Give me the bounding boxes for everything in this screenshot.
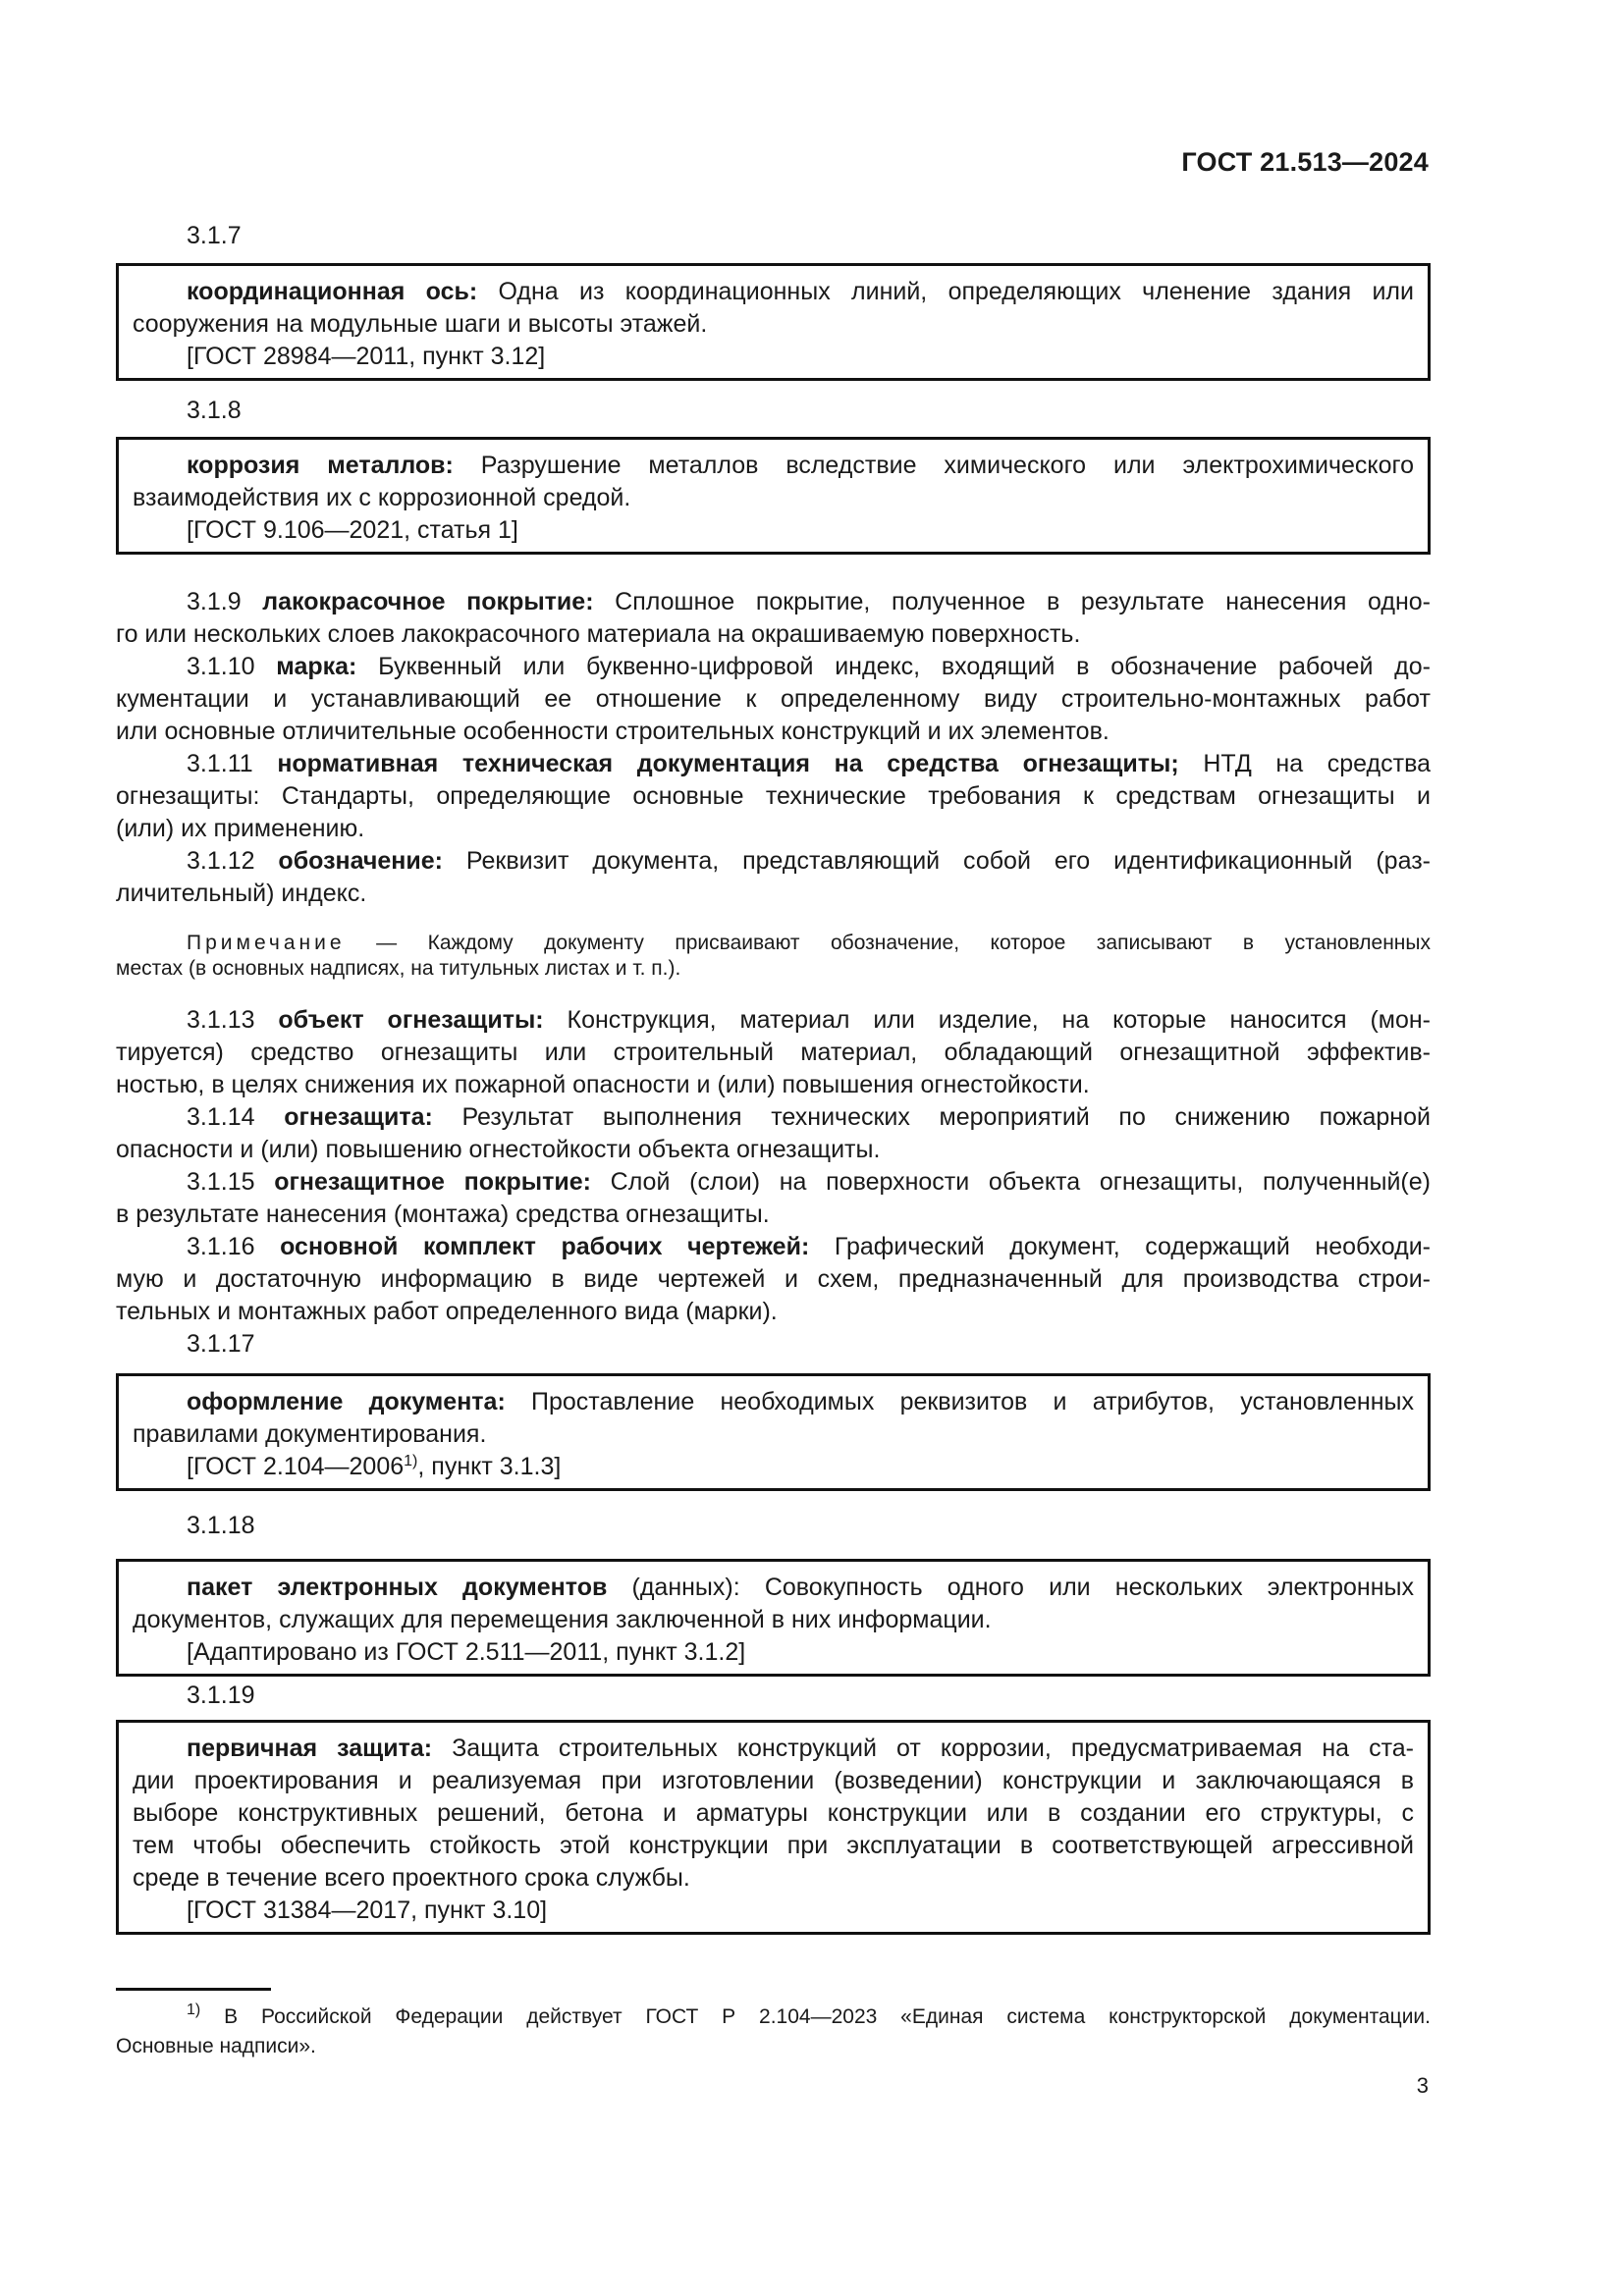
- term-box-3-1-8: коррозия металлов: Разрушение металлов в…: [116, 437, 1431, 555]
- term-3-1-7: 3.1.7: [116, 220, 1431, 252]
- term-number: 3.1.10: [187, 653, 255, 680]
- term-text: Проставление необходимых реквизитов и ат…: [506, 1388, 1414, 1415]
- footnote-ref[interactable]: 1): [404, 1453, 417, 1469]
- term-title: основной комплект рабочих чертежей:: [280, 1233, 809, 1260]
- term-source: [ГОСТ 2.104—20061), пункт 3.1.3]: [133, 1451, 1414, 1483]
- term-3-1-8: 3.1.8: [116, 395, 1431, 427]
- term-line: 3.1.11 нормативная техническая документа…: [116, 748, 1431, 780]
- term-title: обозначение:: [278, 847, 443, 875]
- term-title: первичная защита:: [187, 1735, 432, 1762]
- footnote-text: В Российской Федерации действует ГОСТ Р …: [224, 2005, 1431, 2028]
- term-line: координационная ось: Одна из координацио…: [133, 276, 1414, 308]
- term-number: 3.1.11: [187, 750, 253, 777]
- term-line: правилами документирования.: [133, 1418, 1414, 1451]
- term-box-3-1-18: пакет электронных документов (данных): С…: [116, 1559, 1431, 1677]
- term-source: [Адаптировано из ГОСТ 2.511—2011, пункт …: [133, 1636, 1414, 1669]
- term-text: Сплошное покрытие, полученное в результа…: [594, 588, 1431, 615]
- footnote-separator: [116, 1988, 271, 1991]
- footnote-line: Основные надписи».: [116, 2032, 1431, 2061]
- term-line: 3.1.13 объект огнезащиты: Конструкция, м…: [116, 1004, 1431, 1037]
- term-line: коррозия металлов: Разрушение металлов в…: [133, 450, 1414, 482]
- term-line: мую и достаточную информацию в виде черт…: [116, 1263, 1431, 1296]
- term-text: Буквенный или буквенно-цифровой индекс, …: [356, 653, 1431, 680]
- term-box-3-1-7: координационная ось: Одна из координацио…: [116, 263, 1431, 381]
- footnote: 1) В Российской Федерации действует ГОСТ…: [116, 2002, 1431, 2061]
- footnote-marker: 1): [187, 2002, 200, 2018]
- term-text: Разрушение металлов вследствие химическо…: [454, 452, 1414, 479]
- terms-3-1-13-to-3-1-16: 3.1.13 объект огнезащиты: Конструкция, м…: [116, 1004, 1431, 1361]
- term-number: 3.1.17: [116, 1328, 1431, 1361]
- term-title: координационная ось:: [187, 278, 477, 305]
- term-line: кументации и устанавливающий ее отношени…: [116, 683, 1431, 716]
- term-line: 3.1.15 огнезащитное покрытие: Слой (слои…: [116, 1166, 1431, 1199]
- term-title: пакет электронных документов: [187, 1574, 607, 1601]
- term-line: сооружения на модульные шаги и высоты эт…: [133, 308, 1414, 341]
- term-line: 3.1.12 обозначение: Реквизит документа, …: [116, 845, 1431, 878]
- term-line: 3.1.16 основной комплект рабочих чертеже…: [116, 1231, 1431, 1263]
- term-text: Слой (слои) на поверхности объекта огнез…: [591, 1168, 1431, 1196]
- term-source: [ГОСТ 9.106—2021, статья 1]: [133, 514, 1414, 547]
- term-box-3-1-17: оформление документа: Проставление необх…: [116, 1373, 1431, 1491]
- term-title: огнезащита:: [284, 1103, 433, 1131]
- term-source: [ГОСТ 28984—2011, пункт 3.12]: [133, 341, 1414, 373]
- term-line: выборе конструктивных решений, бетона и …: [133, 1797, 1414, 1830]
- term-line: тельных и монтажных работ определенного …: [116, 1296, 1431, 1328]
- term-line: (или) их применению.: [116, 813, 1431, 845]
- footnote-line: 1) В Российской Федерации действует ГОСТ…: [116, 2002, 1431, 2032]
- term-line: пакет электронных документов (данных): С…: [133, 1572, 1414, 1604]
- term-line: 3.1.10 марка: Буквенный или буквенно-циф…: [116, 651, 1431, 683]
- note: Примечание — Каждому документу присваива…: [116, 931, 1431, 982]
- term-number: 3.1.7: [116, 220, 1431, 252]
- term-line: среде в течение всего проектного срока с…: [133, 1862, 1414, 1895]
- term-number: 3.1.12: [187, 847, 255, 875]
- term-line: тем чтобы обеспечить стойкость этой конс…: [133, 1830, 1414, 1862]
- term-number: 3.1.19: [116, 1680, 1431, 1712]
- term-title: объект огнезащиты:: [278, 1006, 543, 1034]
- term-number: 3.1.9: [187, 588, 242, 615]
- term-title: марка:: [276, 653, 356, 680]
- term-line: опасности и (или) повышению огнестойкост…: [116, 1134, 1431, 1166]
- term-line: го или нескольких слоев лакокрасочного м…: [116, 618, 1431, 651]
- term-line: оформление документа: Проставление необх…: [133, 1386, 1414, 1418]
- term-title: огнезащитное покрытие:: [274, 1168, 591, 1196]
- term-number: 3.1.8: [116, 395, 1431, 427]
- term-line: или основные отличительные особенности с…: [116, 716, 1431, 748]
- term-title: оформление документа:: [187, 1388, 506, 1415]
- term-text: Конструкция, материал или изделие, на ко…: [544, 1006, 1431, 1034]
- note-line: местах (в основных надписях, на титульны…: [116, 956, 1431, 982]
- term-title: нормативная техническая документация на …: [277, 750, 1178, 777]
- term-number: 3.1.18: [116, 1510, 1431, 1542]
- term-text: (данных): Совокупность одного или нескол…: [607, 1574, 1414, 1601]
- term-line: ностью, в целях снижения их пожарной опа…: [116, 1069, 1431, 1101]
- term-line: в результате нанесения (монтажа) средств…: [116, 1199, 1431, 1231]
- term-number: 3.1.15: [187, 1168, 255, 1196]
- term-text: Результат выполнения технических меропри…: [433, 1103, 1431, 1131]
- term-line: 3.1.14 огнезащита: Результат выполнения …: [116, 1101, 1431, 1134]
- term-line: первичная защита: Защита строительных ко…: [133, 1733, 1414, 1765]
- terms-3-1-9-to-3-1-12: 3.1.9 лакокрасочное покрытие: Сплошное п…: [116, 586, 1431, 910]
- term-3-1-18: 3.1.18: [116, 1510, 1431, 1542]
- term-text: Одна из координационных линий, определяю…: [477, 278, 1414, 305]
- term-line: взаимодействия их с коррозионной средой.: [133, 482, 1414, 514]
- term-line: документов, служащих для перемещения зак…: [133, 1604, 1414, 1636]
- note-line: Примечание — Каждому документу присваива…: [116, 931, 1431, 956]
- term-number: 3.1.14: [187, 1103, 255, 1131]
- term-title: лакокрасочное покрытие:: [262, 588, 593, 615]
- term-number: 3.1.16: [187, 1233, 255, 1260]
- note-label: Примечание: [187, 932, 346, 954]
- term-text: Защита строительных конструкций от корро…: [432, 1735, 1414, 1762]
- term-line: личительный) индекс.: [116, 878, 1431, 910]
- term-3-1-19: 3.1.19: [116, 1680, 1431, 1712]
- term-text: НТД на средства: [1179, 750, 1431, 777]
- term-line: 3.1.9 лакокрасочное покрытие: Сплошное п…: [116, 586, 1431, 618]
- term-text: Реквизит документа, представляющий собой…: [443, 847, 1431, 875]
- term-source: [ГОСТ 31384—2017, пункт 3.10]: [133, 1895, 1414, 1927]
- term-number: 3.1.13: [187, 1006, 255, 1034]
- document-code-header: ГОСТ 21.513—2024: [1181, 147, 1429, 178]
- term-box-3-1-19: первичная защита: Защита строительных ко…: [116, 1720, 1431, 1935]
- note-text: — Каждому документу присваивают обозначе…: [376, 932, 1431, 954]
- term-text: Графический документ, содержащий необход…: [809, 1233, 1431, 1260]
- term-line: дии проектирования и реализуемая при изг…: [133, 1765, 1414, 1797]
- page-number: 3: [1417, 2073, 1429, 2099]
- term-line: тируется) средство огнезащиты или строит…: [116, 1037, 1431, 1069]
- term-line: огнезащиты: Стандарты, определяющие осно…: [116, 780, 1431, 813]
- term-title: коррозия металлов:: [187, 452, 454, 479]
